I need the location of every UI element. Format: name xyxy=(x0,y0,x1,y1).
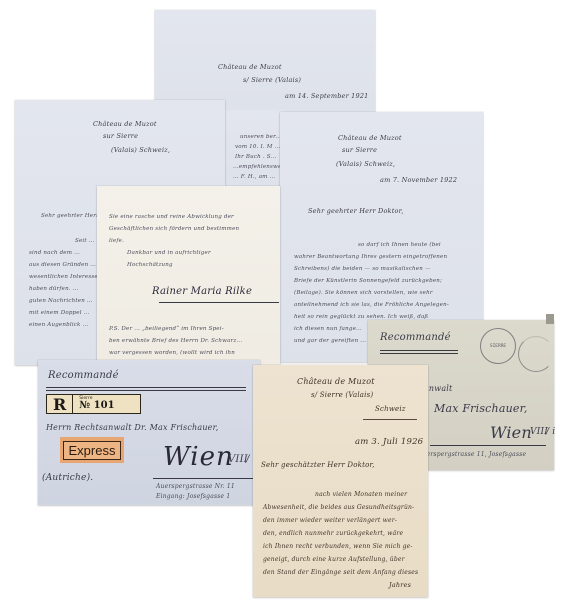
envelope-city: Wien xyxy=(163,442,234,472)
body-line: guten Nachrichten ... xyxy=(29,298,93,304)
body-line: aus diesen Gründen ... xyxy=(29,262,96,268)
letter-date: am 3. Juli 1926 xyxy=(355,437,423,447)
letterhead-line1: Château de Muzot xyxy=(218,63,282,71)
body-line: Seit ... xyxy=(75,238,95,244)
body-line: sind nach dem ... xyxy=(29,250,80,256)
body-line: Sie eine rasche und reine Abwicklung der xyxy=(109,214,234,220)
body-line: liefe. xyxy=(109,238,124,244)
letterhead-rule xyxy=(363,419,417,420)
letterhead-line3: Schweiz xyxy=(375,405,406,413)
envelope-street2: Eingang: Josefsgasse 1 xyxy=(156,493,230,500)
body-line: wahrer Beantwortung Ihres gestern einget… xyxy=(294,254,447,260)
body-line: Briefe der Künstlerin Sonnengefeld zurüc… xyxy=(294,278,442,284)
recommande-rule xyxy=(380,350,458,351)
postmark-stamp: SIERRE xyxy=(480,328,516,364)
envelope-addressee: Herrn Rechtsanwalt Dr. Max Frischauer, xyxy=(46,423,219,432)
letterhead-line1: Château de Muzot xyxy=(338,134,402,142)
envelope-district: VIII xyxy=(228,454,248,465)
body-line: den, endlich nunmehr zurückgekehrt, wäre xyxy=(263,530,403,537)
body-line: Abwesenheit, die beides aus Gesundheitsg… xyxy=(263,504,414,511)
postscript-line: ben erwähnte Brief des Herrn Dr. Schwarz… xyxy=(109,338,242,344)
body-line: Geschäftlichen sich fördern und bestimme… xyxy=(109,226,239,232)
postmark-partial xyxy=(518,336,554,372)
body-line: geneigt, durch eine kurze Aufstellung, ü… xyxy=(263,556,405,563)
letterhead-line2: sur Sierre xyxy=(342,146,377,154)
envelope-street1: Auerspergstrasse Nr. 11 xyxy=(156,483,235,490)
postscript-line: P.S. Der ... „beiliegend“ im Ihren Spei- xyxy=(109,326,224,332)
express-label: Express xyxy=(60,437,124,463)
rilke-signature: Rainer Maria Rilke xyxy=(152,286,252,297)
envelope-suffix: / i xyxy=(546,427,555,437)
signature-underline xyxy=(159,302,279,303)
envelope-city: Wien xyxy=(490,423,532,442)
body-line: wesentlichen Interesse ... xyxy=(29,274,106,280)
registration-label: R Sierre № 101 xyxy=(46,394,141,414)
recommande-rule xyxy=(46,390,246,391)
body-line: einen Augenblick ... xyxy=(29,322,88,328)
body-line: Hochschätzung xyxy=(127,262,173,268)
registration-letter: R xyxy=(47,395,73,413)
body-line: unseren ber... xyxy=(240,134,281,140)
postscript-line: war vergessen worden, (wollt wird ich ih… xyxy=(109,350,235,356)
letter-salutation: Sehr geschätzter Herr Doktor, xyxy=(261,461,375,469)
envelope-tear-tab xyxy=(546,314,554,324)
body-line: so darf ich Ihnen heute (bei xyxy=(358,242,441,248)
body-line: vom 10. I. M ... xyxy=(235,144,280,150)
body-line: Jahres xyxy=(389,581,411,589)
envelope-express: Recommandé R Sierre № 101 Herrn Rechtsan… xyxy=(38,360,260,505)
body-line: den immer wieder weiter verlängert wer- xyxy=(263,517,397,524)
body-line: Dankbar und in aufrichtiger xyxy=(127,250,211,256)
letterhead-line3: (Valais) Schweiz, xyxy=(336,160,395,168)
registration-number: № 101 xyxy=(79,401,114,411)
letterhead-line2: s/ Sierre (Valais) xyxy=(311,391,373,399)
letter-date: am 7. November 1922 xyxy=(380,176,457,184)
postmark-text: SIERRE xyxy=(490,344,506,349)
letter-sheet-1926: Château de Muzot s/ Sierre (Valais) Schw… xyxy=(253,365,428,597)
body-line: ich diesen nun fange... xyxy=(294,326,362,332)
body-line: ... F. H., am ... xyxy=(233,174,275,180)
letterhead-line3: (Valais) Schweiz, xyxy=(111,146,170,154)
letter-sheet-signature: Sie eine rasche und reine Abwicklung der… xyxy=(97,186,280,388)
address-rule xyxy=(430,445,546,446)
body-line: ich Ihnen recht verbunden, wenn Sie mich… xyxy=(263,543,413,550)
envelope-street: Auerspergstrasse 11, Josefsgasse xyxy=(418,451,526,458)
letterhead-line1: Château de Muzot xyxy=(297,377,375,386)
letter-sheet-1921-lower: unseren ber... vom 10. I. M ... Ihr Buch… xyxy=(215,110,285,190)
body-line: (Beilage). Sie können sich vorstellen, w… xyxy=(294,290,433,296)
envelope-addressee-line2: Max Frischauer, xyxy=(434,402,528,415)
letterhead-line2: sur Sierre xyxy=(103,132,138,140)
body-line: haben dürfen. ... xyxy=(29,286,79,292)
recommande-label: Recommandé xyxy=(380,332,451,343)
address-rule xyxy=(153,478,253,479)
letter-date: am 14. September 1921 xyxy=(285,92,369,100)
recommande-rule xyxy=(380,353,458,354)
recommande-rule xyxy=(46,387,246,388)
body-line: Schreibens) die beiden — so musikalische… xyxy=(294,266,431,272)
envelope-country: (Autriche). xyxy=(42,473,93,483)
letterhead-line1: Château de Muzot xyxy=(93,120,157,128)
body-line: anteilnehmend ich sie las, die Fröhliche… xyxy=(294,302,449,308)
body-line: Ihr Buch . S... xyxy=(235,154,276,160)
body-line: den Stand der Eingänge seit dem Anfang d… xyxy=(263,569,418,576)
express-text: Express xyxy=(63,441,122,460)
letter-salutation: Sehr geehrter Herr Doktor, xyxy=(308,207,403,215)
body-line: mit einem Doppel ... xyxy=(29,310,89,316)
body-line: nach vielen Monaten meiner xyxy=(315,491,407,498)
body-line: und gar der gereiften ... xyxy=(294,338,366,344)
letterhead-line2: s/ Sierre (Valais) xyxy=(243,76,301,84)
recommande-label: Recommandé xyxy=(48,370,119,381)
